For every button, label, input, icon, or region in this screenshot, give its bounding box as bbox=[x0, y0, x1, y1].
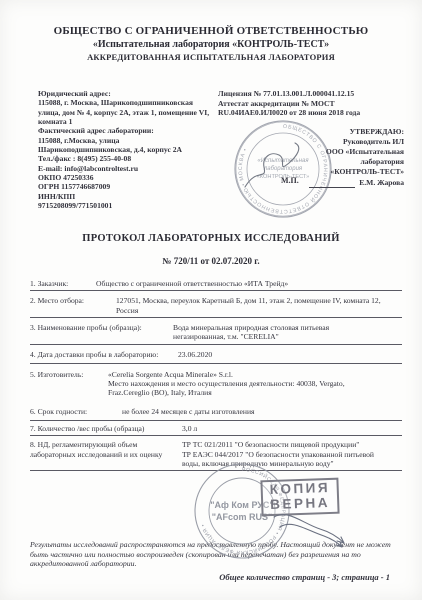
lab-name: «Испытательная лаборатория «КОНТРОЛЬ-ТЕС… bbox=[0, 39, 422, 50]
row-value: 3,0 л bbox=[182, 424, 402, 433]
approver-position: Руководитель ИЛ ООО «Испытательная лабор… bbox=[218, 137, 404, 177]
row-label: 5. Изготовитель: bbox=[30, 370, 108, 398]
row-value: не более 24 месяцев с даты изготовления bbox=[122, 407, 402, 416]
legal-address-block: Юридический адрес: 115088, г. Москва, Ша… bbox=[38, 89, 214, 210]
table-row-sample-quantity: 7. Количество /вес пробы (образца) 3,0 л bbox=[30, 424, 402, 436]
document-page: ОБЩЕСТВО С ОГРАНИЧЕННОЙ ОТВЕТСТВЕННОСТЬЮ… bbox=[0, 0, 422, 600]
table-row-manufacturer: 5. Изготовитель: «Cerelia Sorgente Acqua… bbox=[30, 370, 402, 400]
table-row-shelf-life: 6. Срок годности: не более 24 месяцев с … bbox=[30, 407, 402, 421]
row-label: 7. Количество /вес пробы (образца) bbox=[30, 424, 182, 433]
signer-name: Е.М. Жарова bbox=[359, 178, 404, 188]
license-approve-block: Лицензия № 77.01.13.001.Л.000041.12.15 А… bbox=[218, 89, 404, 188]
row-value: Общество с ограниченной ответственностью… bbox=[96, 279, 402, 288]
protocol-table: 1. Заказчик: Общество с ограниченной отв… bbox=[30, 277, 402, 471]
signature-row: Е.М. Жарова bbox=[218, 178, 404, 188]
company-name: ОБЩЕСТВО С ОГРАНИЧЕННОЙ ОТВЕТСТВЕННОСТЬЮ bbox=[0, 25, 422, 37]
signature-line bbox=[309, 180, 355, 188]
row-value: 127051, Москва, переулок Каретный Б, дом… bbox=[116, 296, 402, 315]
table-row-customer: 1. Заказчик: Общество с ограниченной отв… bbox=[30, 277, 402, 291]
table-row-sampling-place: 2. Место отбора: 127051, Москва, переуло… bbox=[30, 296, 402, 318]
row-value: Вода минеральная природная столовая пить… bbox=[173, 323, 402, 342]
letterhead: ОБЩЕСТВО С ОГРАНИЧЕННОЙ ОТВЕТСТВЕННОСТЬЮ… bbox=[0, 25, 422, 62]
row-label: 6. Срок годности: bbox=[30, 407, 122, 416]
protocol-number: № 720/11 от 02.07.2020 г. bbox=[0, 256, 422, 266]
row-label: 8. НД, регламентирующий объем лабораторн… bbox=[30, 440, 182, 468]
row-value: «Cerelia Sorgente Acqua Minerale» S.r.l.… bbox=[108, 370, 402, 398]
row-label: 1. Заказчик: bbox=[30, 279, 96, 288]
lab-accreditation: АККРЕДИТОВАННАЯ ИСПЫТАТЕЛЬНАЯ ЛАБОРАТОРИ… bbox=[0, 52, 422, 62]
row-value: 23.06.2020 bbox=[178, 350, 402, 359]
table-row-sample-name: 3. Наименование пробы (образца): Вода ми… bbox=[30, 323, 402, 346]
seal-place-label: М.П. bbox=[281, 176, 299, 185]
approve-title: УТВЕРЖДАЮ: bbox=[218, 127, 404, 137]
page-count: Общее количество страниц - 3; страница -… bbox=[30, 573, 404, 583]
table-row-delivery-date: 4. Дата доставки пробы в лабораторию: 23… bbox=[30, 350, 402, 363]
row-label: 4. Дата доставки пробы в лабораторию: bbox=[30, 350, 178, 359]
copy-signature-stroke bbox=[268, 503, 360, 555]
protocol-title: ПРОТОКОЛ ЛАБОРАТОРНЫХ ИССЛЕДОВАНИЙ bbox=[0, 233, 422, 244]
row-label: 3. Наименование пробы (образца): bbox=[30, 323, 173, 342]
approval-block: УТВЕРЖДАЮ: Руководитель ИЛ ООО «Испытате… bbox=[218, 127, 404, 188]
row-label: 2. Место отбора: bbox=[30, 296, 116, 315]
license-info: Лицензия № 77.01.13.001.Л.000041.12.15 А… bbox=[218, 89, 404, 118]
